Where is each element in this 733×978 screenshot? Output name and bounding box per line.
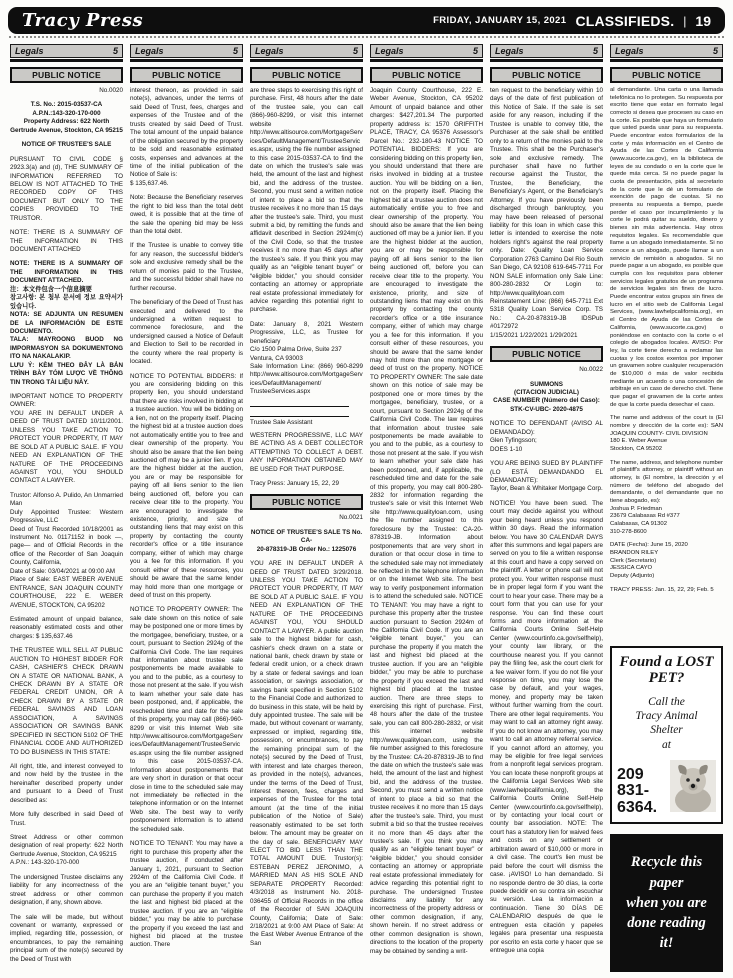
public-notice-header: PUBLIC NOTICE [610, 67, 723, 83]
signature-block: Trustee Sale Assistant [250, 406, 363, 426]
column-6-ads: Found a LOST PET?Call the Tracy Animal S… [610, 640, 723, 972]
notice-paragraph: Joaquin County Courthouse, 222 E. Weber … [370, 87, 483, 956]
lost-pet-phone: 209 831-6364. [617, 767, 670, 817]
dog-photo [670, 760, 716, 817]
legals-label: Legals [135, 46, 164, 56]
page-number: 19 [695, 13, 711, 29]
notice-paragraph: SUMMONS (CITACION JUDICIAL) CASE NUMBER … [490, 381, 603, 415]
public-notice-header: PUBLIC NOTICE [130, 67, 243, 83]
notice-paragraph: T.S. No.: 2015-03537-CA A.P.N.:143-320-1… [10, 101, 123, 135]
notice-paragraph: YOU ARE BEING SUED BY PLAINTIFF (LO ESTÁ… [490, 460, 603, 494]
column-5: Legals 5 PUBLIC NOTICEten request to the… [490, 44, 603, 972]
notice-paragraph: are three steps to exercising this right… [250, 87, 363, 315]
legals-section-header: Legals 5 [130, 44, 243, 58]
notice-paragraph: The beneficiary of the Deed of Trust has… [130, 299, 243, 367]
notice-paragraph: THE TRUSTEE WILL SELL AT PUBLIC AUCTION … [10, 647, 123, 757]
notice-paragraph: Street Address or other common designati… [10, 834, 123, 868]
notice-paragraph: IMPORTANT NOTICE TO PROPERTY OWNER: YOU … [10, 393, 123, 486]
notice-paragraph: The name and address of the court is (El… [610, 415, 723, 453]
lost-pet-headline: Found a LOST PET? [617, 655, 716, 687]
notice-paragraph: NOTICE TO PROPERTY OWNER: The sale date … [130, 606, 243, 834]
lost-pet-ad: Found a LOST PET?Call the Tracy Animal S… [610, 646, 723, 824]
notice-paragraph: If the Trustee is unable to convey title… [130, 242, 243, 293]
public-notice-header: PUBLIC NOTICE [250, 67, 363, 83]
section-divider-bar: | [683, 14, 686, 28]
legals-page: 5 [353, 46, 358, 56]
legals-label: Legals [15, 46, 44, 56]
column-6: Legals 5 PUBLIC NOTICEal demandante. Una… [610, 44, 723, 972]
legals-page: 5 [593, 46, 598, 56]
legals-page: 5 [713, 46, 718, 56]
public-notice-header: PUBLIC NOTICE [490, 346, 603, 362]
column-4: Legals 5 PUBLIC NOTICEJoaquin County Cou… [370, 44, 483, 972]
lost-pet-contact-row: 209 831-6364. [617, 760, 716, 817]
notice-paragraph: More fully described in said Deed of Tru… [10, 811, 123, 828]
notice-paragraph: All right, title, and interest conveyed … [10, 763, 123, 805]
public-notice-header: PUBLIC NOTICE [370, 67, 483, 83]
signature-caption: Trustee Sale Assistant [250, 419, 363, 426]
notice-paragraph: WESTERN PROGRESSIVE, LLC MAY BE ACTING A… [250, 432, 363, 474]
notice-paragraph: No.0022 [490, 366, 603, 374]
notice-paragraph: Date: January 8, 2021 Western Progressiv… [250, 321, 363, 397]
notice-paragraph: NOTICE! You have been sued. The court ma… [490, 500, 603, 956]
notice-paragraph: No.0020 [10, 87, 123, 95]
column-4-text: PUBLIC NOTICEJoaquin County Courthouse, … [370, 62, 483, 972]
legals-label: Legals [615, 46, 644, 56]
notice-paragraph: interest thereon, as provided in said no… [130, 87, 243, 188]
notice-paragraph: NOTICE TO DEFENDANT (AVISO AL DEMANDADO)… [490, 420, 603, 454]
notice-paragraph: NOTICE TO TENANT: You may have a right t… [130, 840, 243, 950]
column-6-text: PUBLIC NOTICEal demandante. Una carta o … [610, 62, 723, 640]
notice-paragraph: NOTICE OF TRUSTEE'S SALE [10, 141, 123, 149]
notice-paragraph: DATE (Fecha): June 15, 2020 BRANDON RILE… [610, 542, 723, 580]
notice-paragraph: Tracy Press: January 15, 22, 29 [250, 480, 363, 488]
notice-paragraph: al demandante. Una carta o una llamada t… [610, 87, 723, 409]
recycle-ad: Recycle this paper when you are done rea… [610, 834, 723, 972]
newspaper-page: Tracy Press FRIDAY, JANUARY 15, 2021 CLA… [0, 0, 733, 978]
legals-label: Legals [375, 46, 404, 56]
columns: Legals 5 PUBLIC NOTICENo.0020T.S. No.: 2… [0, 42, 733, 972]
issue-date: FRIDAY, JANUARY 15, 2021 [433, 15, 566, 26]
notice-paragraph: Trustor: Alfonso A. Pulido, An Unmarried… [10, 492, 123, 610]
notice-paragraph: PURSUANT TO CIVIL CODE § 2923.3(a) and (… [10, 156, 123, 224]
section-title: CLASSIFIEDS. [575, 13, 674, 29]
notice-paragraph: ten request to the beneficiary within 10… [490, 87, 603, 340]
notice-paragraph: No.0021 [250, 514, 363, 522]
masthead: Tracy Press FRIDAY, JANUARY 15, 2021 CLA… [8, 7, 725, 34]
notice-paragraph: TRACY PRESS: Jan. 15, 22, 29; Feb. 5 [610, 587, 723, 595]
legals-section-header: Legals 5 [610, 44, 723, 58]
legals-page: 5 [113, 46, 118, 56]
masthead-right: FRIDAY, JANUARY 15, 2021 CLASSIFIEDS. | … [433, 13, 711, 29]
legals-page: 5 [473, 46, 478, 56]
column-2: Legals 5 PUBLIC NOTICEinterest thereon, … [130, 44, 243, 972]
signature-line [250, 406, 349, 407]
notice-paragraph: The name, address, and telephone number … [610, 460, 723, 537]
public-notice-header: PUBLIC NOTICE [10, 67, 123, 83]
legals-section-header: Legals 5 [10, 44, 123, 58]
notice-paragraph: YOU ARE IN DEFAULT UNDER A DEED OF TRUST… [250, 560, 363, 948]
legals-page: 5 [233, 46, 238, 56]
column-3-text: PUBLIC NOTICEare three steps to exercisi… [250, 62, 363, 972]
legals-label: Legals [495, 46, 524, 56]
notice-paragraph: NOTICE TO POTENTIAL BIDDERS: If you are … [130, 373, 243, 601]
notice-paragraph: The undersigned Trustee disclaims any li… [10, 874, 123, 908]
notice-paragraph: NOTE: THERE IS A SUMMARY OF THE INFORMAT… [10, 260, 123, 387]
legals-section-header: Legals 5 [370, 44, 483, 58]
legals-section-header: Legals 5 [250, 44, 363, 58]
public-notice-header: PUBLIC NOTICE [250, 494, 363, 510]
column-5-text: PUBLIC NOTICEten request to the benefici… [490, 62, 603, 972]
column-2-text: PUBLIC NOTICEinterest thereon, as provid… [130, 62, 243, 972]
tracy-press-logo: Tracy Press [22, 10, 143, 31]
legals-label: Legals [255, 46, 284, 56]
column-3: Legals 5 PUBLIC NOTICEare three steps to… [250, 44, 363, 972]
signature-line [250, 416, 349, 417]
public-notice-header: PUBLIC NOTICE [490, 67, 603, 83]
column-1: Legals 5 PUBLIC NOTICENo.0020T.S. No.: 2… [10, 44, 123, 972]
lost-pet-call-text: Call the Tracy Animal Shelter at [617, 695, 716, 753]
notice-paragraph: NOTE: THERE IS A SUMMARY OF THE INFORMAT… [10, 229, 123, 254]
notice-paragraph: The sale will be made, but without coven… [10, 914, 123, 965]
notice-paragraph: Note: Because the Beneficiary reserves t… [130, 194, 243, 236]
masthead-dotted-rule [9, 36, 724, 38]
legals-section-header: Legals 5 [490, 44, 603, 58]
notice-paragraph: NOTICE OF TRUSTEE'S SALE TS No. CA- 20-8… [250, 529, 363, 554]
notice-paragraph: Estimated amount of unpaid balance, reas… [10, 616, 123, 641]
column-1-text: PUBLIC NOTICENo.0020T.S. No.: 2015-03537… [10, 62, 123, 972]
